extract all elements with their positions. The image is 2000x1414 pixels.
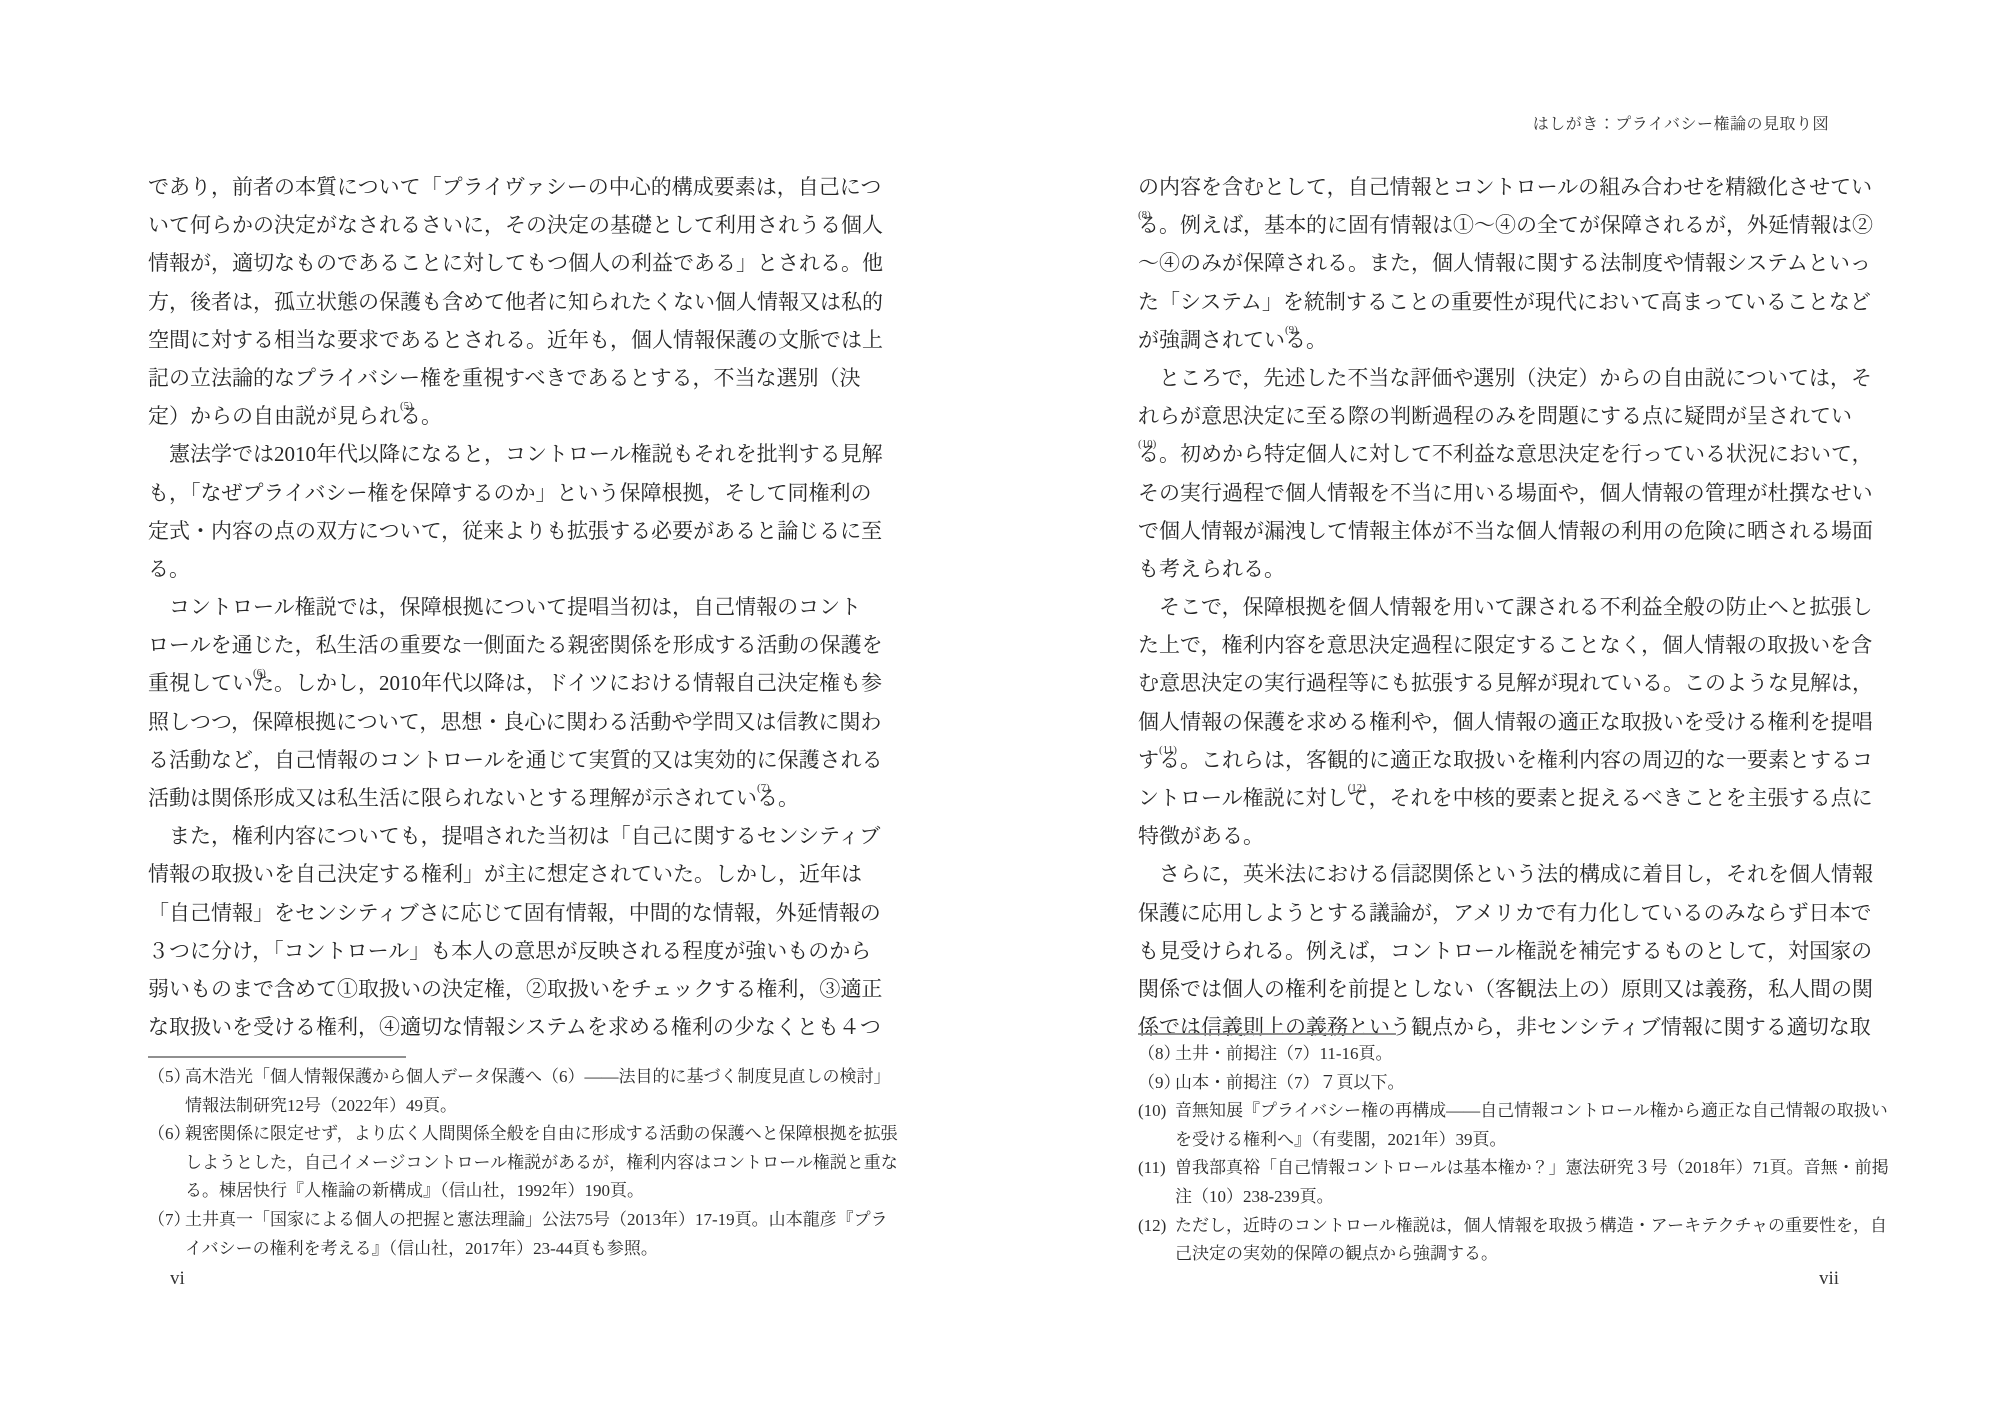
text-line: そこで，保障根拠を個人情報を用いて課される不利益全般の防止へと拡張し — [1138, 588, 1853, 626]
footnote-line: ただし，近時のコントロール権説は，個人情報を取扱う構造・アーキテクチャの重要性を… — [1175, 1212, 1853, 1241]
footnote-line: 山本・前掲注（7）７頁以下。 — [1175, 1069, 1853, 1098]
footnote-list: （5）高木浩光「個人情報保護から個人データ保護へ（6）——法目的に基づく制度見直… — [148, 1063, 862, 1263]
text-line: 弱いものまで含めて①取扱いの決定権，②取扱いをチェックする権利，③適正 — [148, 970, 862, 1008]
footnote-line: 曽我部真裕「自己情報コントロールは基本権か？」憲法研究３号（2018年）71頁。… — [1175, 1154, 1853, 1183]
text-line: 活動は関係形成又は私生活に限られないとする理解が示されている(7)。 — [148, 779, 862, 817]
footnote-separator — [148, 1056, 406, 1058]
footnote: （7）土井真一「国家による個人の把握と憲法理論」公法75号（2013年）17-1… — [148, 1206, 862, 1263]
footnote-marker: （5） — [148, 1063, 185, 1120]
running-header: はしがき：プライバシー権論の見取り図 — [1533, 111, 1829, 134]
footnote: (11)曽我部真裕「自己情報コントロールは基本権か？」憲法研究３号（2018年）… — [1138, 1154, 1853, 1211]
text-line: ところで，先述した不当な評価や選別（決定）からの自由説については，そ — [1138, 359, 1853, 397]
footnote-line: 高木浩光「個人情報保護から個人データ保護へ（6）——法目的に基づく制度見直しの検… — [185, 1063, 862, 1092]
text-line: も見受けられる。例えば，コントロール権説を補完するものとして，対国家の — [1138, 932, 1853, 970]
page-number: vii — [1819, 1268, 1839, 1290]
text-line: 照しつつ，保障根拠について，思想・良心に関わる活動や学問又は信教に関わ — [148, 703, 862, 741]
text-line: で個人情報が漏洩して情報主体が不当な個人情報の利用の危険に晒される場面 — [1138, 512, 1853, 550]
footnote-line: を受ける権利へ』（有斐閣，2021年）39頁。 — [1175, 1126, 1853, 1155]
footnote-line: 親密関係に限定せず，より広く人間関係全般を自由に形成する活動の保護へと保障根拠を… — [185, 1120, 862, 1149]
text-line: 空間に対する相当な要求であるとされる。近年も，個人情報保護の文脈では上 — [148, 321, 862, 359]
text-line: る活動など，自己情報のコントロールを通じて実質的又は実効的に保護される — [148, 741, 862, 779]
text-line: ～④のみが保障される。また，個人情報に関する法制度や情報システムといっ — [1138, 244, 1853, 282]
footnote: (10)音無知展『プライバシー権の再構成——自己情報コントロール権から適正な自己… — [1138, 1097, 1853, 1154]
footnote-line: 土井真一「国家による個人の把握と憲法理論」公法75号（2013年）17-19頁。… — [185, 1206, 862, 1235]
text-line: が強調されている(9)。 — [1138, 321, 1853, 359]
book-spread: { "pages": [ { "id": "left", "page_numbe… — [0, 0, 2000, 1414]
text-line: む意思決定の実行過程等にも拡張する見解が現れている。このような見解は， — [1138, 664, 1853, 702]
text-line: 憲法学では2010年代以降になると，コントロール権説もそれを批判する見解 — [148, 435, 862, 473]
text-line: た「システム」を統制することの重要性が現代において高まっていることなど — [1138, 283, 1853, 321]
text-line: 個人情報の保護を求める権利や，個人情報の適正な取扱いを受ける権利を提唱 — [1138, 703, 1853, 741]
text-line: 「自己情報」をセンシティブさに応じて固有情報，中間的な情報，外延情報の — [148, 894, 862, 932]
text-line: の内容を含むとして，自己情報とコントロールの組み合わせを精緻化させてい — [1138, 168, 1853, 206]
text-line: 情報が，適切なものであることに対してもつ個人の利益である」とされる。他 — [148, 244, 862, 282]
text-line: ３つに分け，「コントロール」も本人の意思が反映される程度が強いものから — [148, 932, 862, 970]
text-line: 保護に応用しようとする議論が，アメリカで有力化しているのみならず日本で — [1138, 894, 1853, 932]
footnote: （9）山本・前掲注（7）７頁以下。 — [1138, 1069, 1853, 1098]
text-line: 関係では個人の権利を前提としない（客観法上の）原則又は義務，私人間の関 — [1138, 970, 1853, 1008]
footnote-separator — [1138, 1033, 1396, 1035]
footnote-list: （8）土井・前掲注（7）11-16頁。（9）山本・前掲注（7）７頁以下。(10)… — [1138, 1040, 1853, 1269]
text-line: さらに，英米法における信認関係という法的構成に着目し，それを個人情報 — [1138, 855, 1853, 893]
text-line: れらが意思決定に至る際の判断過程のみを問題にする点に疑問が呈されてい — [1138, 397, 1853, 435]
page-left: であり，前者の本質について「プライヴァシーの中心的構成要素は，自己について何らか… — [148, 0, 862, 1414]
footnote: （8）土井・前掲注（7）11-16頁。 — [1138, 1040, 1853, 1069]
footnote: （6）親密関係に限定せず，より広く人間関係全般を自由に形成する活動の保護へと保障… — [148, 1120, 862, 1206]
footnote-marker: （8） — [1138, 1040, 1175, 1069]
text-line: ロールを通じた，私生活の重要な一側面たる親密関係を形成する活動の保護を — [148, 626, 862, 664]
footnote-line: る。棟居快行『人権論の新構成』（信山社，1992年）190頁。 — [185, 1177, 862, 1206]
text-line: 記の立法論的なプライバシー権を重視すべきであるとする，不当な選別（決 — [148, 359, 862, 397]
footnote-text: 高木浩光「個人情報保護から個人データ保護へ（6）——法目的に基づく制度見直しの検… — [185, 1063, 862, 1120]
footnote-marker: (12) — [1138, 1212, 1175, 1269]
footnote-marker: (11) — [1138, 1154, 1175, 1211]
text-line: 定式・内容の点の双方について，従来よりも拡張する必要があると論じるに至 — [148, 512, 862, 550]
footnote-text: 曽我部真裕「自己情報コントロールは基本権か？」憲法研究３号（2018年）71頁。… — [1175, 1154, 1853, 1211]
footnote-line: 己決定の実効的保障の観点から強調する。 — [1175, 1240, 1853, 1269]
text-line: コントロール権説では，保障根拠について提唱当初は，自己情報のコント — [148, 588, 862, 626]
text-line: る(8)。例えば，基本的に固有情報は①～④の全てが保障されるが，外延情報は② — [1138, 206, 1853, 244]
text-line: する(11)。これらは，客観的に適正な取扱いを権利内容の周辺的な一要素とするコ — [1138, 741, 1853, 779]
footnote-marker: (10) — [1138, 1097, 1175, 1154]
footnote-text: 親密関係に限定せず，より広く人間関係全般を自由に形成する活動の保護へと保障根拠を… — [185, 1120, 862, 1206]
footnote-marker: （9） — [1138, 1069, 1175, 1098]
footnote: （5）高木浩光「個人情報保護から個人データ保護へ（6）——法目的に基づく制度見直… — [148, 1063, 862, 1120]
text-line: も，「なぜプライバシー権を保障するのか」という保障根拠，そして同権利の — [148, 474, 862, 512]
text-line: 特徴がある。 — [1138, 817, 1853, 855]
footnote-marker: （7） — [148, 1206, 185, 1263]
text-line: 定）からの自由説が見られる(5)。 — [148, 397, 862, 435]
footnote-text: 土井・前掲注（7）11-16頁。 — [1175, 1040, 1853, 1069]
text-line: る。 — [148, 550, 862, 588]
footnote: (12)ただし，近時のコントロール権説は，個人情報を取扱う構造・アーキテクチャの… — [1138, 1212, 1853, 1269]
footnote-marker: （6） — [148, 1120, 185, 1206]
text-line: る(10)。初めから特定個人に対して不利益な意思決定を行っている状況において， — [1138, 435, 1853, 473]
text-line: な取扱いを受ける権利，④適切な情報システムを求める権利の少なくとも４つ — [148, 1008, 862, 1046]
page-right: はしがき：プライバシー権論の見取り図 の内容を含むとして，自己情報とコントロール… — [1138, 0, 1853, 1414]
footnote-line: イバシーの権利を考える』（信山社，2017年）23-44頁も参照。 — [185, 1235, 862, 1264]
footnote-line: 音無知展『プライバシー権の再構成——自己情報コントロール権から適正な自己情報の取… — [1175, 1097, 1853, 1126]
footnote-line: 土井・前掲注（7）11-16頁。 — [1175, 1040, 1853, 1069]
footnote-text: 音無知展『プライバシー権の再構成——自己情報コントロール権から適正な自己情報の取… — [1175, 1097, 1853, 1154]
body-text: であり，前者の本質について「プライヴァシーの中心的構成要素は，自己について何らか… — [148, 168, 862, 1046]
footnote-line: 注（10）238-239頁。 — [1175, 1183, 1853, 1212]
text-line: も考えられる。 — [1138, 550, 1853, 588]
text-line: であり，前者の本質について「プライヴァシーの中心的構成要素は，自己につ — [148, 168, 862, 206]
footnote-text: ただし，近時のコントロール権説は，個人情報を取扱う構造・アーキテクチャの重要性を… — [1175, 1212, 1853, 1269]
text-line: また，権利内容についても，提唱された当初は「自己に関するセンシティブ — [148, 817, 862, 855]
text-line: ントロール権説に対して(12)，それを中核的要素と捉えるべきことを主張する点に — [1138, 779, 1853, 817]
text-line: 重視していた(6)。しかし，2010年代以降は，ドイツにおける情報自己決定権も参 — [148, 664, 862, 702]
footnote-line: 情報法制研究12号（2022年）49頁。 — [185, 1092, 862, 1121]
text-line: その実行過程で個人情報を不当に用いる場面や，個人情報の管理が杜撰なせい — [1138, 474, 1853, 512]
text-line: 情報の取扱いを自己決定する権利」が主に想定されていた。しかし，近年は — [148, 855, 862, 893]
footnote-line: しようとした，自己イメージコントロール権説があるが，権利内容はコントロール権説と… — [185, 1149, 862, 1178]
footnote-text: 山本・前掲注（7）７頁以下。 — [1175, 1069, 1853, 1098]
text-line: 方，後者は，孤立状態の保護も含めて他者に知られたくない個人情報又は私的 — [148, 283, 862, 321]
page-number: vi — [170, 1268, 185, 1290]
text-line: いて何らかの決定がなされるさいに，その決定の基礎として利用されうる個人 — [148, 206, 862, 244]
footnote-text: 土井真一「国家による個人の把握と憲法理論」公法75号（2013年）17-19頁。… — [185, 1206, 862, 1263]
body-text: の内容を含むとして，自己情報とコントロールの組み合わせを精緻化させている(8)。… — [1138, 168, 1853, 1046]
text-line: た上で，権利内容を意思決定過程に限定することなく，個人情報の取扱いを含 — [1138, 626, 1853, 664]
